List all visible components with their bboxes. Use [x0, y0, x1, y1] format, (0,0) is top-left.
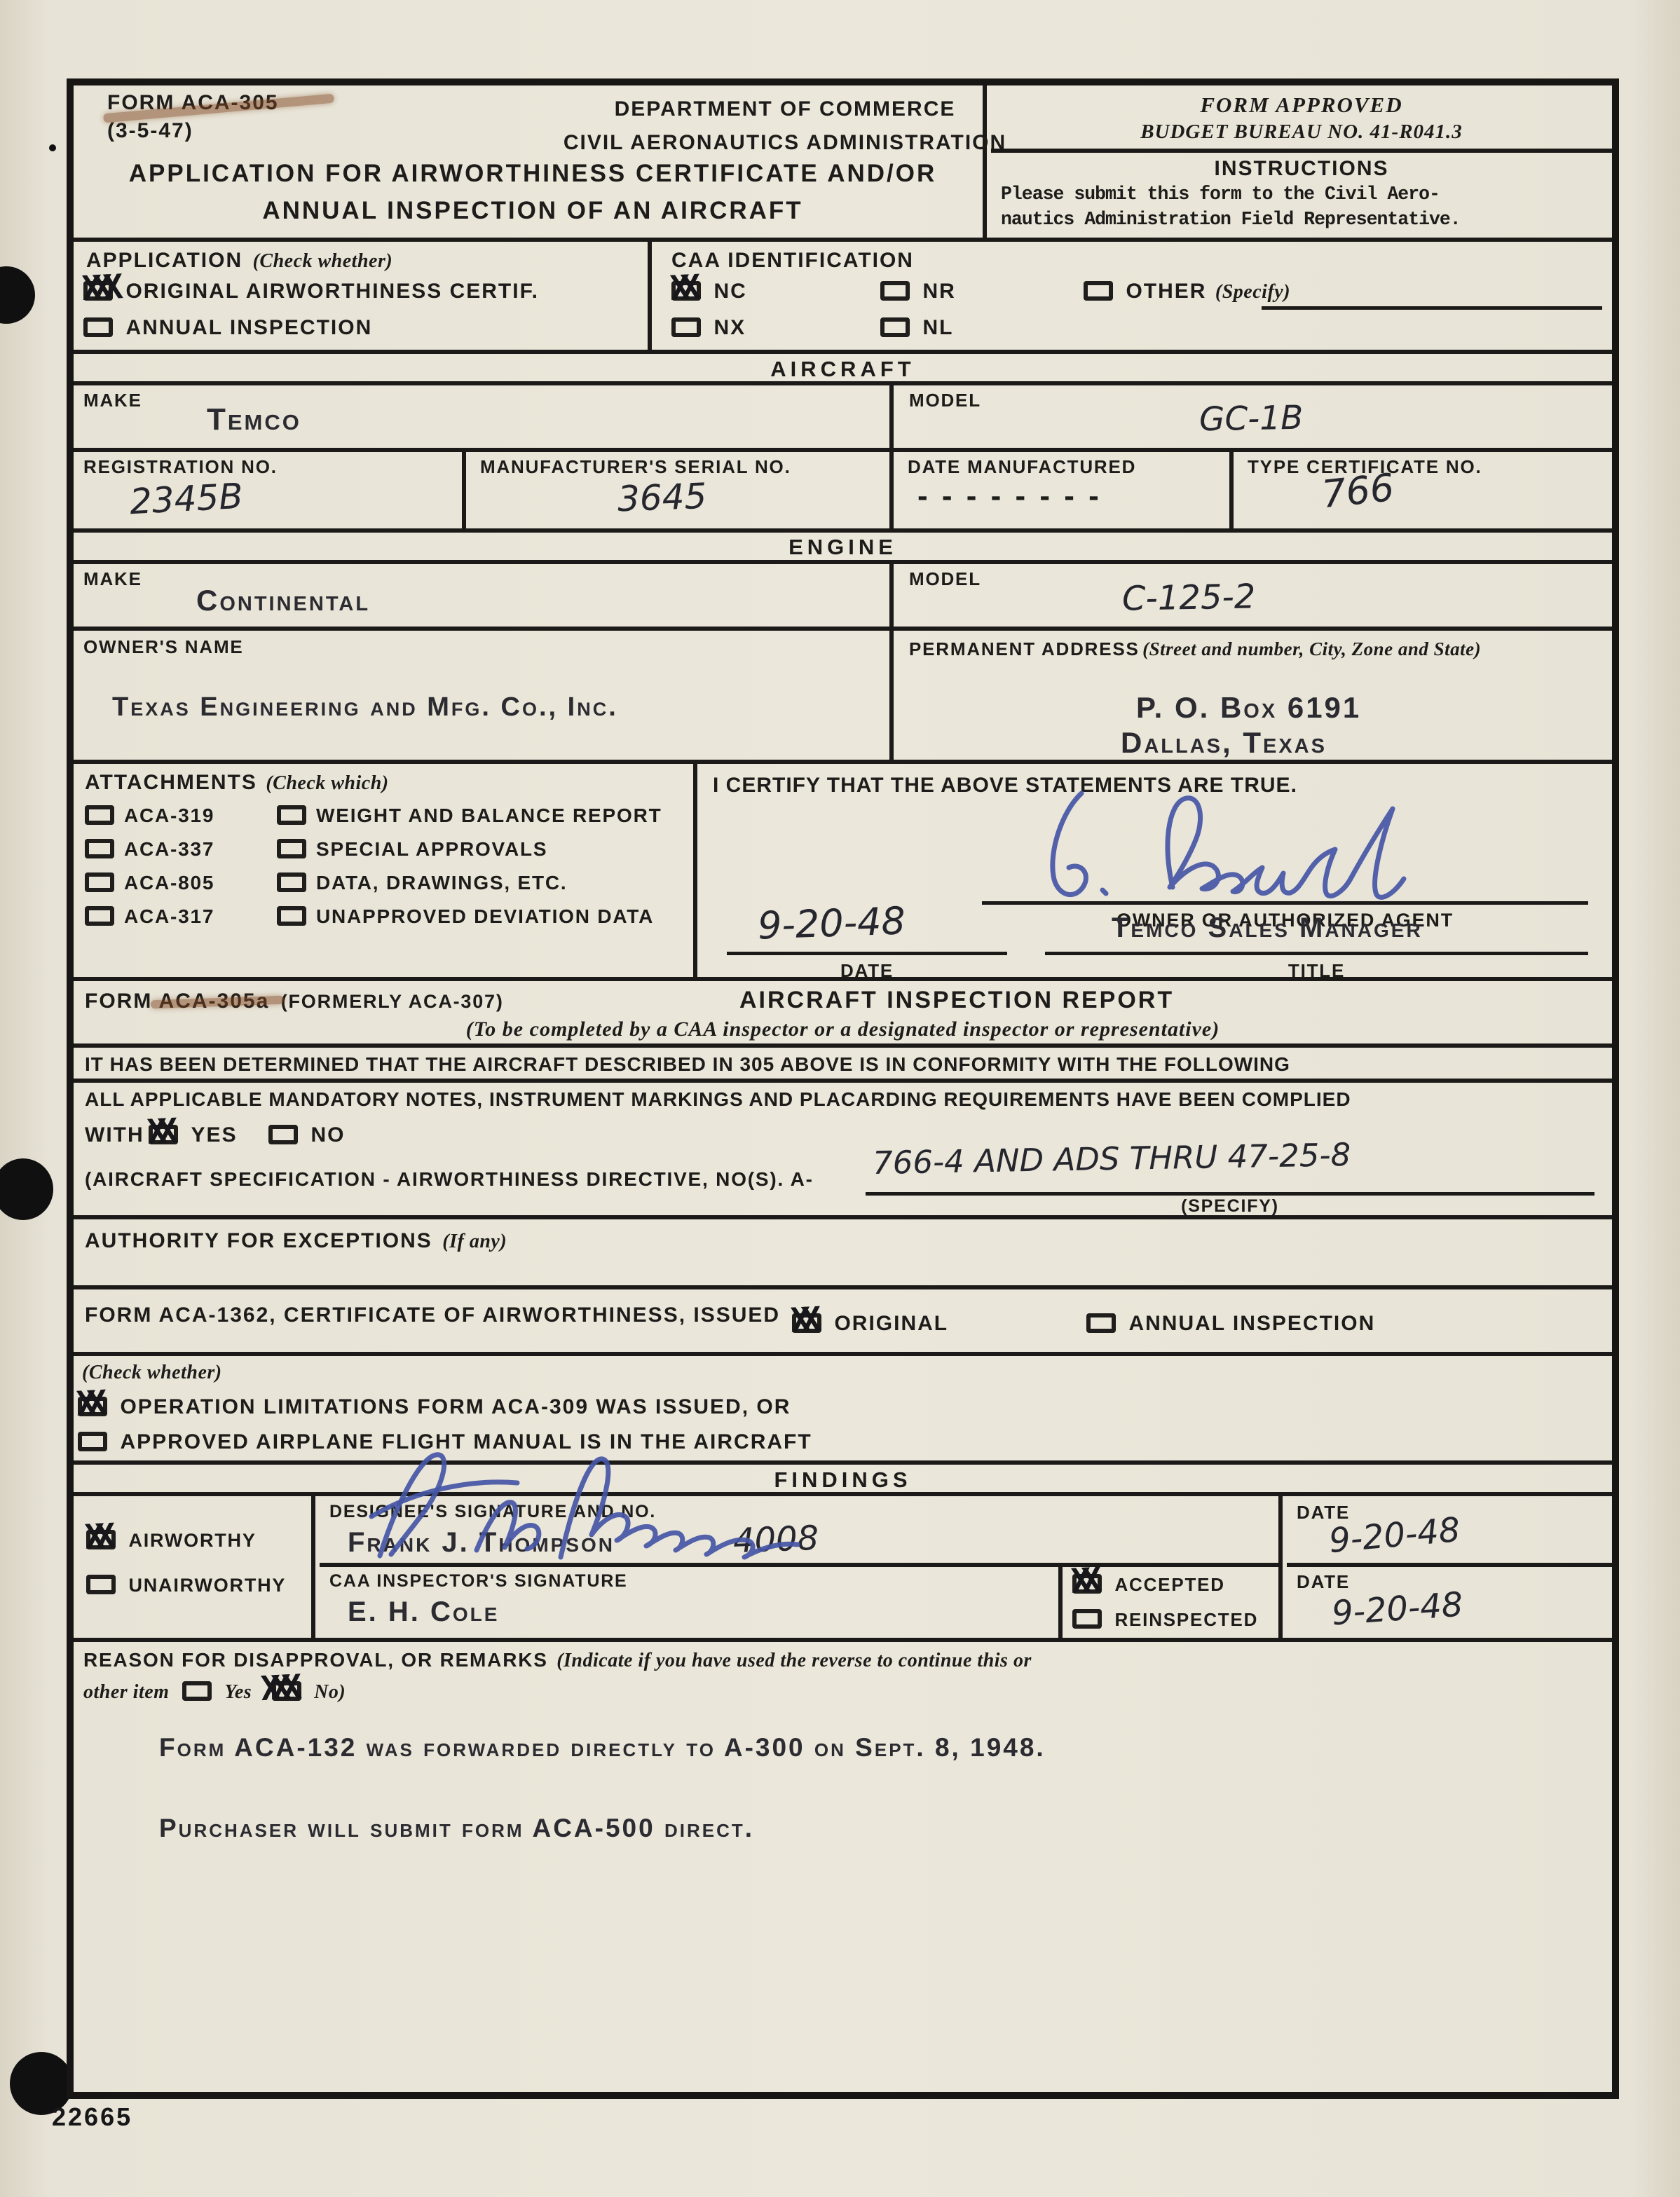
owner-name-label: OWNER'S NAME	[83, 636, 244, 658]
checkbox-1362-original[interactable]: XX	[792, 1313, 821, 1333]
engine-section-title: ENGINE	[74, 533, 1612, 560]
check-mark: XXX	[259, 1671, 292, 1706]
nr-label: NR	[922, 280, 955, 303]
checkbox-nr[interactable]	[880, 281, 910, 301]
authority-row: AUTHORITY FOR EXCEPTIONS (If any)	[74, 1219, 1612, 1289]
checkbox-flight-manual[interactable]	[78, 1432, 107, 1451]
address-line2: Dallas, Texas	[1121, 726, 1327, 760]
aca1362-line: FORM ACA-1362, CERTIFICATE OF AIRWORTHIN…	[85, 1303, 780, 1327]
permanent-address-hint: (Street and number, City, Zone and State…	[1142, 638, 1481, 659]
remarks-hint: (Indicate if you have used the reverse t…	[556, 1650, 1032, 1671]
inspection-formerly: (FORMERLY ACA-307)	[281, 991, 504, 1012]
check-mark: XX	[790, 1303, 812, 1337]
aircraft-band: AIRCRAFT	[74, 354, 1612, 385]
checkbox-complied-yes[interactable]: XX	[149, 1125, 178, 1144]
checkbox-aca-805[interactable]	[85, 872, 114, 892]
check-mark: XXX	[81, 271, 114, 306]
aircraft-section-title: AIRCRAFT	[74, 354, 1612, 382]
findings-date-col: DATE 9-20-48 DATE 9-20-48	[1287, 1496, 1612, 1638]
spec-directive-label: (AIRCRAFT SPECIFICATION - AIRWORTHINESS …	[85, 1168, 814, 1191]
check-mark: XX	[1070, 1563, 1093, 1598]
aca-317-label: ACA-317	[124, 905, 214, 927]
findings-verdict-col: XX AIRWORTHY UNAIRWORTHY	[74, 1496, 315, 1638]
application-section: APPLICATION (Check whether) XXX ORIGINAL…	[74, 242, 1612, 354]
certify-date-line[interactable]	[727, 952, 1007, 955]
unapproved-deviation-label: UNAPPROVED DEVIATION DATA	[316, 905, 654, 927]
engine-make-label: MAKE	[83, 568, 142, 590]
aca-337-label: ACA-337	[124, 838, 214, 860]
aca1362-row: FORM ACA-1362, CERTIFICATE OF AIRWORTHIN…	[74, 1289, 1612, 1356]
nl-label: NL	[922, 316, 953, 339]
checkbox-complied-no[interactable]	[268, 1125, 298, 1144]
aircraft-model-value: GC-1B	[1199, 399, 1304, 439]
engine-make-model-row: MAKE Continental MODEL C-125-2	[74, 564, 1612, 631]
certify-title-label: TITLE	[1045, 960, 1588, 982]
certify-title-value: Temco Sales Manager	[1112, 912, 1423, 944]
special-approvals-label: SPECIAL APPROVALS	[316, 838, 547, 860]
permanent-address-label: PERMANENT ADDRESS	[909, 638, 1140, 659]
registration-label: REGISTRATION NO.	[83, 456, 278, 478]
punch-hole	[0, 266, 35, 324]
aircraft-make-model-row: MAKE Temco MODEL GC-1B	[74, 385, 1612, 452]
check-mark: XX	[76, 1386, 98, 1421]
remarks-other-item: other item	[83, 1681, 169, 1703]
aca1362-original-label: ORIGINAL	[834, 1312, 948, 1335]
checkbox-unapproved-deviation[interactable]	[277, 906, 306, 926]
engine-make-value: Continental	[196, 584, 370, 617]
type-certificate-value: 766	[1320, 465, 1396, 516]
header-section: FORM ACA-305 (3-5-47) DEPARTMENT OF COMM…	[74, 85, 1612, 242]
checkbox-nc[interactable]: XX	[671, 281, 701, 301]
aircraft-identity-row: REGISTRATION NO. 2345B MANUFACTURER'S SE…	[74, 452, 1612, 533]
check-mark: XX	[669, 271, 692, 305]
checkbox-aca-317[interactable]	[85, 906, 114, 926]
serial-label: MANUFACTURER'S SERIAL NO.	[480, 456, 791, 478]
department-name: DEPARTMENT OF COMMERCE	[557, 93, 1013, 126]
checkbox-weight-balance[interactable]	[277, 805, 306, 825]
certify-date-label: DATE	[727, 960, 1007, 982]
inspection-subtitle: (To be completed by a CAA inspector or a…	[74, 1018, 1612, 1041]
weight-balance-label: WEIGHT AND BALANCE REPORT	[316, 805, 662, 826]
other-specify-hint: (Specify)	[1215, 281, 1290, 303]
nc-label: NC	[713, 280, 746, 303]
inspector-date-value: 9-20-48	[1330, 1585, 1464, 1634]
page-title-line1: APPLICATION FOR AIRWORTHINESS CERTIFICAT…	[95, 156, 971, 193]
unairworthy-label: UNAIRWORTHY	[128, 1575, 286, 1596]
budget-bureau-no: BUDGET BUREAU NO. 41-R041.3	[991, 121, 1612, 144]
checkbox-nx[interactable]	[671, 317, 701, 337]
engine-band: ENGINE	[74, 533, 1612, 564]
checkbox-1362-annual[interactable]	[1086, 1313, 1116, 1333]
checkbox-remarks-yes[interactable]	[182, 1681, 212, 1701]
stamp-number: 22665	[52, 2102, 132, 2132]
remarks-no-label: No)	[314, 1681, 346, 1703]
with-label: WITH	[85, 1123, 144, 1147]
spec-directive-line[interactable]	[866, 1192, 1594, 1196]
checkbox-aca-337[interactable]	[85, 839, 114, 858]
checkbox-nl[interactable]	[880, 317, 910, 337]
remarks-label: REASON FOR DISAPPROVAL, OR REMARKS	[83, 1649, 548, 1671]
checkbox-accepted[interactable]: XX	[1072, 1574, 1102, 1594]
designee-signature	[329, 1438, 848, 1578]
original-airworthiness-label: ORIGINAL AIRWORTHINESS CERTIF.	[125, 280, 538, 303]
complied-no-label: NO	[310, 1123, 345, 1147]
check-mark: XX	[146, 1114, 169, 1149]
checkbox-airworthy[interactable]: XX	[86, 1530, 116, 1549]
inspection-report-band: FORM ACA-305a (FORMERLY ACA-307) AIRCRAF…	[74, 981, 1612, 1048]
checkbox-operation-limitations[interactable]: XX	[78, 1397, 107, 1416]
nx-label: NX	[713, 316, 746, 339]
data-drawings-label: DATA, DRAWINGS, ETC.	[316, 872, 568, 894]
attachments-certify-row: ATTACHMENTS (Check which) ACA-319 ACA-33…	[74, 764, 1612, 981]
other-label: OTHER	[1126, 280, 1206, 303]
aca-319-label: ACA-319	[124, 805, 214, 826]
attachments-hint: (Check which)	[266, 772, 388, 794]
reinspected-label: REINSPECTED	[1114, 1609, 1258, 1630]
remarks-note1: Form ACA-132 was forwarded directly to A…	[159, 1733, 1046, 1763]
operation-limitations-label: OPERATION LIMITATIONS FORM ACA-309 WAS I…	[120, 1395, 791, 1418]
form-approved-box: FORM APPROVED BUDGET BUREAU NO. 41-R041.…	[991, 85, 1612, 153]
engine-model-value: C-125-2	[1122, 577, 1256, 618]
aircraft-make-value: Temco	[207, 402, 301, 437]
checkbox-reinspected[interactable]	[1072, 1609, 1102, 1629]
owner-address-row: OWNER'S NAME Texas Engineering and Mfg. …	[74, 631, 1612, 764]
form-approved-line1: FORM APPROVED	[991, 93, 1612, 118]
aircraft-make-label: MAKE	[83, 390, 142, 411]
form-border: FORM ACA-305 (3-5-47) DEPARTMENT OF COMM…	[67, 78, 1619, 2099]
accepted-subcol-divider	[1058, 1567, 1063, 1638]
complied-text: ALL APPLICABLE MANDATORY NOTES, INSTRUME…	[85, 1088, 1351, 1111]
form-revision-date: (3-5-47)	[107, 119, 279, 143]
checkbox-data-drawings[interactable]	[277, 872, 306, 892]
aca-805-label: ACA-805	[124, 872, 214, 894]
other-specify-line[interactable]	[1262, 306, 1602, 310]
checkbox-original-airworthiness[interactable]: XXX	[83, 281, 113, 301]
checkbox-unairworthy[interactable]	[86, 1575, 116, 1594]
date-manufactured-value: - - - - - - - -	[917, 479, 1102, 514]
aircraft-model-label: MODEL	[909, 390, 981, 411]
remarks-yes-label: Yes	[224, 1681, 252, 1703]
remarks-section: REASON FOR DISAPPROVAL, OR REMARKS (Indi…	[74, 1642, 1612, 2092]
determined-text: IT HAS BEEN DETERMINED THAT THE AIRCRAFT…	[85, 1053, 1290, 1076]
page-title-line2: ANNUAL INSPECTION OF AN AIRCRAFT	[95, 193, 971, 230]
inspection-report-title: AIRCRAFT INSPECTION REPORT	[739, 987, 1174, 1014]
address-line1: P. O. Box 6191	[1136, 691, 1361, 725]
instructions-line2: nautics Administration Field Representat…	[1001, 209, 1461, 230]
remarks-note2: Purchaser will submit form ACA-500 direc…	[159, 1814, 754, 1843]
checkbox-special-approvals[interactable]	[277, 839, 306, 858]
caa-identification-label: CAA IDENTIFICATION	[671, 249, 914, 273]
instructions-line1: Please submit this form to the Civil Aer…	[1001, 184, 1440, 205]
accepted-label: ACCEPTED	[1114, 1574, 1224, 1595]
specify-label: (SPECIFY)	[866, 1196, 1594, 1217]
agency-name: CIVIL AERONAUTICS ADMINISTRATION	[557, 126, 1013, 160]
certify-title-line[interactable]	[1045, 952, 1588, 955]
engine-model-label: MODEL	[909, 568, 981, 590]
date-manufactured-label: DATE MANUFACTURED	[908, 456, 1136, 478]
checkbox-other[interactable]	[1084, 281, 1113, 301]
authority-label: AUTHORITY FOR EXCEPTIONS	[85, 1229, 432, 1252]
determined-row: IT HAS BEEN DETERMINED THAT THE AIRCRAFT…	[74, 1048, 1612, 1083]
owner-name-value: Texas Engineering and Mfg. Co., Inc.	[112, 692, 618, 723]
attachments-label: ATTACHMENTS	[85, 771, 257, 794]
checkbox-annual-inspection[interactable]	[83, 317, 113, 337]
airworthy-label: AIRWORTHY	[128, 1530, 256, 1551]
checkbox-aca-319[interactable]	[85, 805, 114, 825]
complied-spec-row: ALL APPLICABLE MANDATORY NOTES, INSTRUME…	[74, 1083, 1612, 1219]
inspector-name-value: E. H. Cole	[348, 1596, 499, 1628]
application-hint: (Check whether)	[253, 250, 393, 272]
complied-yes-label: YES	[191, 1123, 238, 1147]
instructions-title: INSTRUCTIONS	[991, 153, 1612, 181]
certify-date-value: 9-20-48	[757, 898, 906, 947]
ink-dot	[49, 144, 56, 151]
check-whether-hint: (Check whether)	[82, 1362, 222, 1384]
inspector-date-label: DATE	[1297, 1571, 1350, 1593]
owner-signature-line[interactable]	[982, 901, 1588, 905]
spec-directive-value: 766-4 AND ADS THRU 47-25-8	[873, 1136, 1351, 1182]
authority-hint: (If any)	[442, 1231, 507, 1252]
serial-value: 3645	[617, 476, 707, 519]
instructions-box: INSTRUCTIONS Please submit this form to …	[991, 153, 1612, 238]
annual-inspection-label: ANNUAL INSPECTION	[125, 316, 372, 339]
check-mark: XX	[84, 1519, 107, 1554]
owner-signature	[1003, 783, 1494, 901]
registration-value: 2345B	[129, 476, 244, 522]
punch-hole	[0, 1158, 53, 1220]
aca1362-annual-label: ANNUAL INSPECTION	[1128, 1312, 1375, 1335]
checkbox-remarks-no[interactable]: XXX	[272, 1681, 301, 1701]
